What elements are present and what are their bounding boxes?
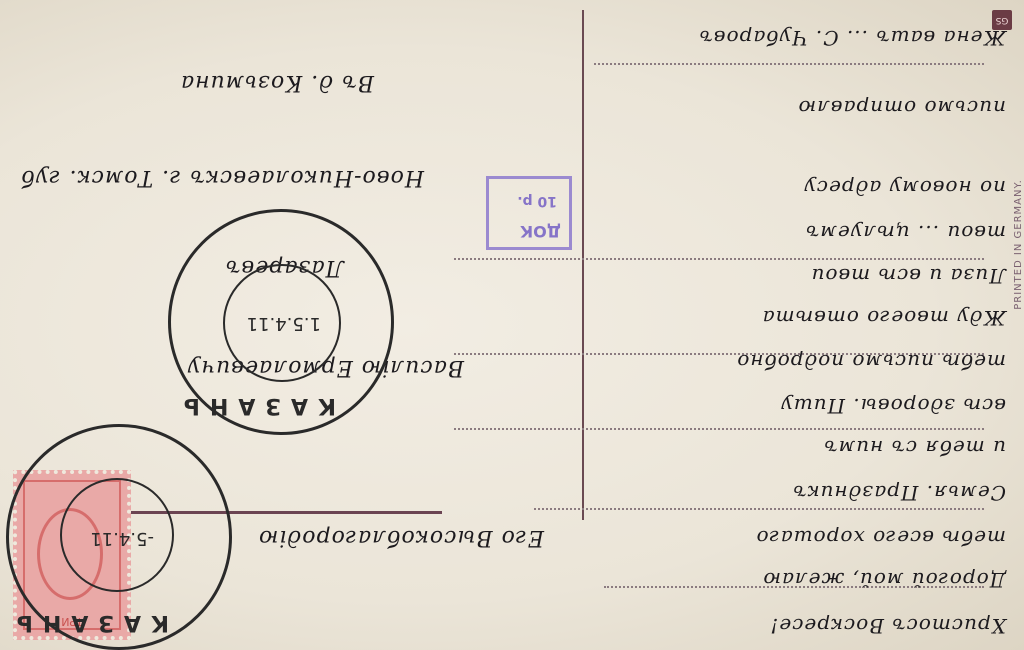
address-text: Его Высокоблагородію [258, 525, 544, 550]
message-line: и тебя съ нимъ [823, 436, 1006, 460]
message-line: Лиза и всѣ твои [811, 264, 1006, 288]
message-line: письмо отправлю [798, 96, 1006, 120]
message-line: Христосъ Воскресе! [769, 614, 1006, 638]
message-line: тебѣ письмо подробно [736, 350, 1006, 374]
address-text: Въ д. Козьмина [180, 70, 374, 95]
postcard-back-rotated: Его Высокоблагородію Василію Ермолаевичу… [0, 0, 1024, 650]
violet-handstamp: ДОК 10 р. [486, 176, 572, 250]
postmark-kazan-2: КАЗАНЬ 1.5.4.11 [168, 209, 394, 435]
address-line-3 [454, 428, 984, 430]
center-divider [582, 10, 584, 520]
postmark-kazan-1: КАЗАНЬ -5.4.11 [6, 424, 232, 650]
address-line-2 [534, 508, 984, 510]
message-line: Семья. Праздникъ [792, 481, 1006, 505]
message-line: тебѣ всего хорошаго [756, 526, 1006, 550]
printed-in-germany: PRINTED IN GERMANY. [1013, 179, 1024, 310]
address-text: Ново-Николаевскъ г. Томск. губ [20, 165, 424, 190]
postcard: Его Высокоблагородію Василію Ермолаевичу… [0, 0, 1024, 650]
message-line: твои ... цѣлуемъ [805, 221, 1006, 245]
address-line-6 [594, 63, 984, 65]
message-line: Жду твоего отвѣта [762, 306, 1006, 330]
message-line: Жена вашъ ... С. Чубаровъ [699, 26, 1006, 50]
message-line: всѣ здоровы. Пишу [780, 394, 1006, 418]
address-line-5 [454, 258, 984, 260]
publisher-logo: GS [992, 10, 1012, 30]
message-line: по новому адресу [803, 176, 1006, 200]
message-line: Дорогой мой, желаю [762, 568, 1006, 592]
